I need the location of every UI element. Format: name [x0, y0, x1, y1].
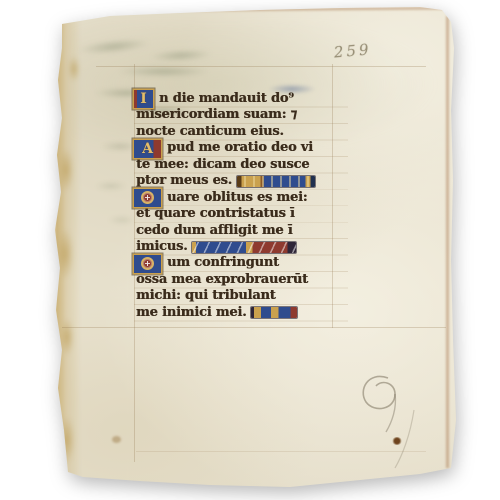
illuminated-initial-D: D [134, 255, 161, 273]
manuscript-line: te mee: dicam deo susce [134, 157, 348, 173]
line-text: imicus. [134, 239, 187, 255]
line-text: n die mandauit do⁹ [157, 91, 294, 107]
small-stain [112, 436, 121, 443]
illuminated-initial-Q: Q [134, 189, 161, 207]
text-block: In die mandauit do⁹misericordiam suam: ⁊… [134, 91, 348, 323]
right-edge-line [446, 16, 449, 468]
edge-stain [58, 416, 75, 464]
ghost-text-smudge [118, 66, 210, 77]
line-filler-ornament [251, 307, 297, 318]
line-text: pud me oratio deo vi [165, 140, 313, 156]
line-text: cedo dum affligit me ī [134, 223, 292, 239]
line-filler-ornament [192, 242, 296, 253]
manuscript-line: Dum confringunt [134, 255, 348, 271]
photo-of-manuscript-leaf: 259 In die mandauit do⁹misericordiam sua… [0, 0, 500, 500]
manuscript-line: ptor meus es. [134, 173, 348, 189]
manuscript-line: et quare contristatus ī [134, 206, 348, 222]
line-text: ossa mea exprobrauerūt [134, 272, 308, 288]
manuscript-line: me inimici mei. [134, 305, 348, 321]
line-text: nocte canticum eius. [134, 124, 284, 140]
manuscript-line: nocte canticum eius. [134, 124, 348, 140]
line-text: et quare contristatus ī [134, 206, 295, 222]
ruling-line-horizontal-top [96, 66, 426, 67]
initial-letter: A [142, 142, 153, 156]
top-edge-line [62, 7, 444, 13]
edge-stain [60, 318, 74, 356]
edge-stain [56, 228, 74, 280]
line-text: ptor meus es. [134, 173, 232, 189]
illuminated-initial-A: A [134, 140, 161, 158]
illuminated-initial-I: I [134, 90, 153, 108]
ghost-text-smudge [108, 216, 136, 224]
line-filler-ornament [237, 176, 315, 187]
initial-letter: I [140, 92, 147, 106]
ruling-line-horizontal-mid [62, 327, 446, 328]
line-text: michi: qui tribulant [134, 288, 275, 304]
ghost-text-smudge [95, 182, 127, 190]
manuscript-line: imicus. [134, 239, 348, 255]
manuscript-line: In die mandauit do⁹ [134, 91, 348, 107]
line-text: misericordiam suam: ⁊ [134, 107, 297, 123]
manuscript-line: Quare oblitus es mei: [134, 190, 348, 206]
manuscript-line: misericordiam suam: ⁊ [134, 107, 348, 123]
pencil-doodle [350, 366, 430, 476]
line-text: uare oblitus es mei: [165, 190, 307, 206]
manuscript-line: Apud me oratio deo vi [134, 140, 348, 156]
edge-stain [58, 148, 74, 192]
vellum-leaf: 259 In die mandauit do⁹misericordiam sua… [0, 0, 500, 500]
line-text: te mee: dicam deo susce [134, 157, 309, 173]
line-text: um confringunt [165, 255, 279, 271]
manuscript-line: ossa mea exprobrauerūt [134, 272, 348, 288]
manuscript-line: michi: qui tribulant [134, 288, 348, 304]
brown-stain [392, 437, 402, 445]
line-text: me inimici mei. [134, 305, 246, 321]
leaf-shadow-wrapper: 259 In die mandauit do⁹misericordiam sua… [0, 0, 500, 500]
manuscript-line: cedo dum affligit me ī [134, 223, 348, 239]
